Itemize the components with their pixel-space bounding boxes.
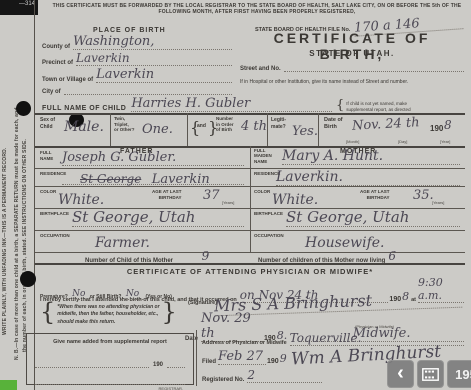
margin-note-2: N. B.—In case of more than one child at … <box>14 107 20 360</box>
viewer-controls: ‹ 195 <box>387 360 471 388</box>
hospital-note: If in Hospital or other Institution, giv… <box>240 79 464 85</box>
forwarding-notice: THIS CERTIFICATE MUST BE FORWARDED BY TH… <box>52 3 462 16</box>
mother-age-value: 35. <box>413 188 434 203</box>
mother-color-label: COLOR <box>254 189 270 194</box>
filed-date-value: Feb 27 <box>218 349 266 365</box>
mother-occupation-label: OCCUPATION <box>254 233 284 238</box>
year-caption: [Year] <box>440 139 450 144</box>
child-number-value: 9 <box>176 249 235 264</box>
precinct-label: Precinct of <box>42 60 73 66</box>
registrar-sign-blank <box>35 376 185 385</box>
margin-note-1: WRITE PLAINLY, WITH UNFADING INK—THIS IS… <box>2 147 8 335</box>
mother-name-label: FULL MAIDEN NAME <box>254 148 272 164</box>
certificate-scan: —314 WRITE PLAINLY, WITH UNFADING INK—TH… <box>0 0 471 390</box>
county-label: County of <box>42 44 70 50</box>
father-age-label: AGE AT LAST BIRTHDAY <box>152 189 182 201</box>
left-margin: WRITE PLAINLY, WITH UNFADING INK—THIS IS… <box>0 0 35 390</box>
brace-close: } <box>162 298 177 326</box>
day-caption: [Day] <box>398 139 407 144</box>
physician-heading: CERTIFICATE OF ATTENDING PHYSICIAN OR MI… <box>35 267 465 276</box>
mother-birthplace-value: St George, Utah <box>286 208 460 227</box>
supplemental-box: Give name added from supplemental report… <box>26 333 194 385</box>
father-birthplace-label: BIRTHPLACE <box>40 211 69 216</box>
back-button[interactable]: ‹ <box>387 360 414 388</box>
town-value: Laverkin <box>96 67 232 83</box>
filed-year-digit: 9 <box>280 352 287 365</box>
role-caption: (Physician or Midwife) <box>355 324 394 329</box>
registrar-caption: REGISTRAR. <box>27 386 183 390</box>
mother-color-value: White. <box>272 192 318 208</box>
birth-year-digit: 8 <box>444 118 452 132</box>
margin-note-3: the number of each, in order of birth, s… <box>22 139 28 352</box>
sex-label: Sex of Child <box>40 117 55 130</box>
birth-year-prefix: 190 <box>430 124 443 133</box>
place-of-birth-heading: PLACE OF BIRTH <box>93 27 166 34</box>
filed-label: Filed <box>202 359 216 365</box>
father-color-value: White. <box>58 192 104 208</box>
county-value: Washington, <box>73 34 232 50</box>
legitimate-label: Legiti- mate? <box>271 117 286 130</box>
twin-label: Twin, Triplet, or Other? <box>114 116 135 133</box>
child-name-note: If child is not yet named, make suppleme… <box>346 101 410 113</box>
birth-date-value: Nov. 24 th <box>352 115 420 134</box>
supplemental-year-blank <box>167 359 185 368</box>
thumbnail-marker <box>0 380 17 390</box>
father-occupation-label: OCCUPATION <box>40 233 70 238</box>
order-label: Number in Order of Birth <box>216 116 234 133</box>
no-physician-note: *When there was no attending physician o… <box>57 304 159 327</box>
father-age-value: 37 <box>203 188 220 203</box>
mother-birthplace-label: BIRTHPLACE <box>254 211 283 216</box>
filed-year-prefix: 190 <box>267 358 279 365</box>
brace-open: { <box>336 98 344 113</box>
and-label: and <box>197 123 206 129</box>
image-viewer-stage: —314 WRITE PLAINLY, WITH UNFADING INK—TH… <box>0 0 471 390</box>
father-name-label: FULL NAME <box>40 150 53 162</box>
certificate-subtitle: STATE OF UTAH. <box>238 49 466 58</box>
mother-age-label: AGE AT LAST BIRTHDAY <box>360 189 390 201</box>
brace-open: { <box>40 298 55 326</box>
child-name-label: FULL NAME OF CHILD <box>42 105 126 112</box>
supplemental-label: Give name added from supplemental report <box>27 339 193 345</box>
child-name-value: Harries H. Gubler <box>131 96 332 112</box>
registered-no-value: 2 <box>247 368 322 383</box>
supplemental-name-blank <box>35 359 149 368</box>
mother-name-value: Mary A. Hunt. <box>282 148 460 165</box>
hole-punch <box>20 271 36 287</box>
sex-value: Male. <box>64 119 104 135</box>
father-residence-value: Laverkin <box>152 172 210 187</box>
city-value-blank <box>64 84 232 95</box>
month-caption: [Month] <box>346 139 359 144</box>
signature-label: (Signature) <box>188 300 217 306</box>
mother-age-caption: [Years] <box>432 200 444 205</box>
children-living-value: 6 <box>388 249 448 264</box>
filmstrip-button[interactable] <box>417 360 444 388</box>
chevron-left-icon: ‹ <box>397 363 404 385</box>
father-residence-struck: St George <box>80 172 141 186</box>
street-label: Street and No. <box>240 66 281 72</box>
legitimate-value: Yes. <box>292 124 318 139</box>
street-value-blank <box>284 62 464 72</box>
city-label: City of <box>42 89 61 95</box>
supplemental-year: 190 <box>153 362 163 368</box>
mother-residence-value: Laverkin. <box>276 169 460 186</box>
father-residence-line: St George Laverkin <box>62 170 244 185</box>
father-color-label: COLOR <box>40 189 56 194</box>
hole-punch <box>16 101 31 116</box>
twin-value: One. <box>142 122 173 137</box>
town-label: Town or Village of <box>42 77 93 83</box>
precinct-value: Laverkin <box>76 51 232 66</box>
registered-no-label: Registered No. <box>202 377 244 383</box>
filmstrip-icon <box>422 368 439 381</box>
father-name-value: Joseph G. Gubler. <box>62 150 244 166</box>
date-of-birth-label: Date of Birth <box>324 117 343 131</box>
page-number-badge[interactable]: 195 <box>447 360 471 388</box>
father-birthplace-value: St George, Utah <box>72 208 244 227</box>
order-value: 4 th <box>241 119 267 134</box>
father-age-caption: [Years] <box>222 200 234 205</box>
